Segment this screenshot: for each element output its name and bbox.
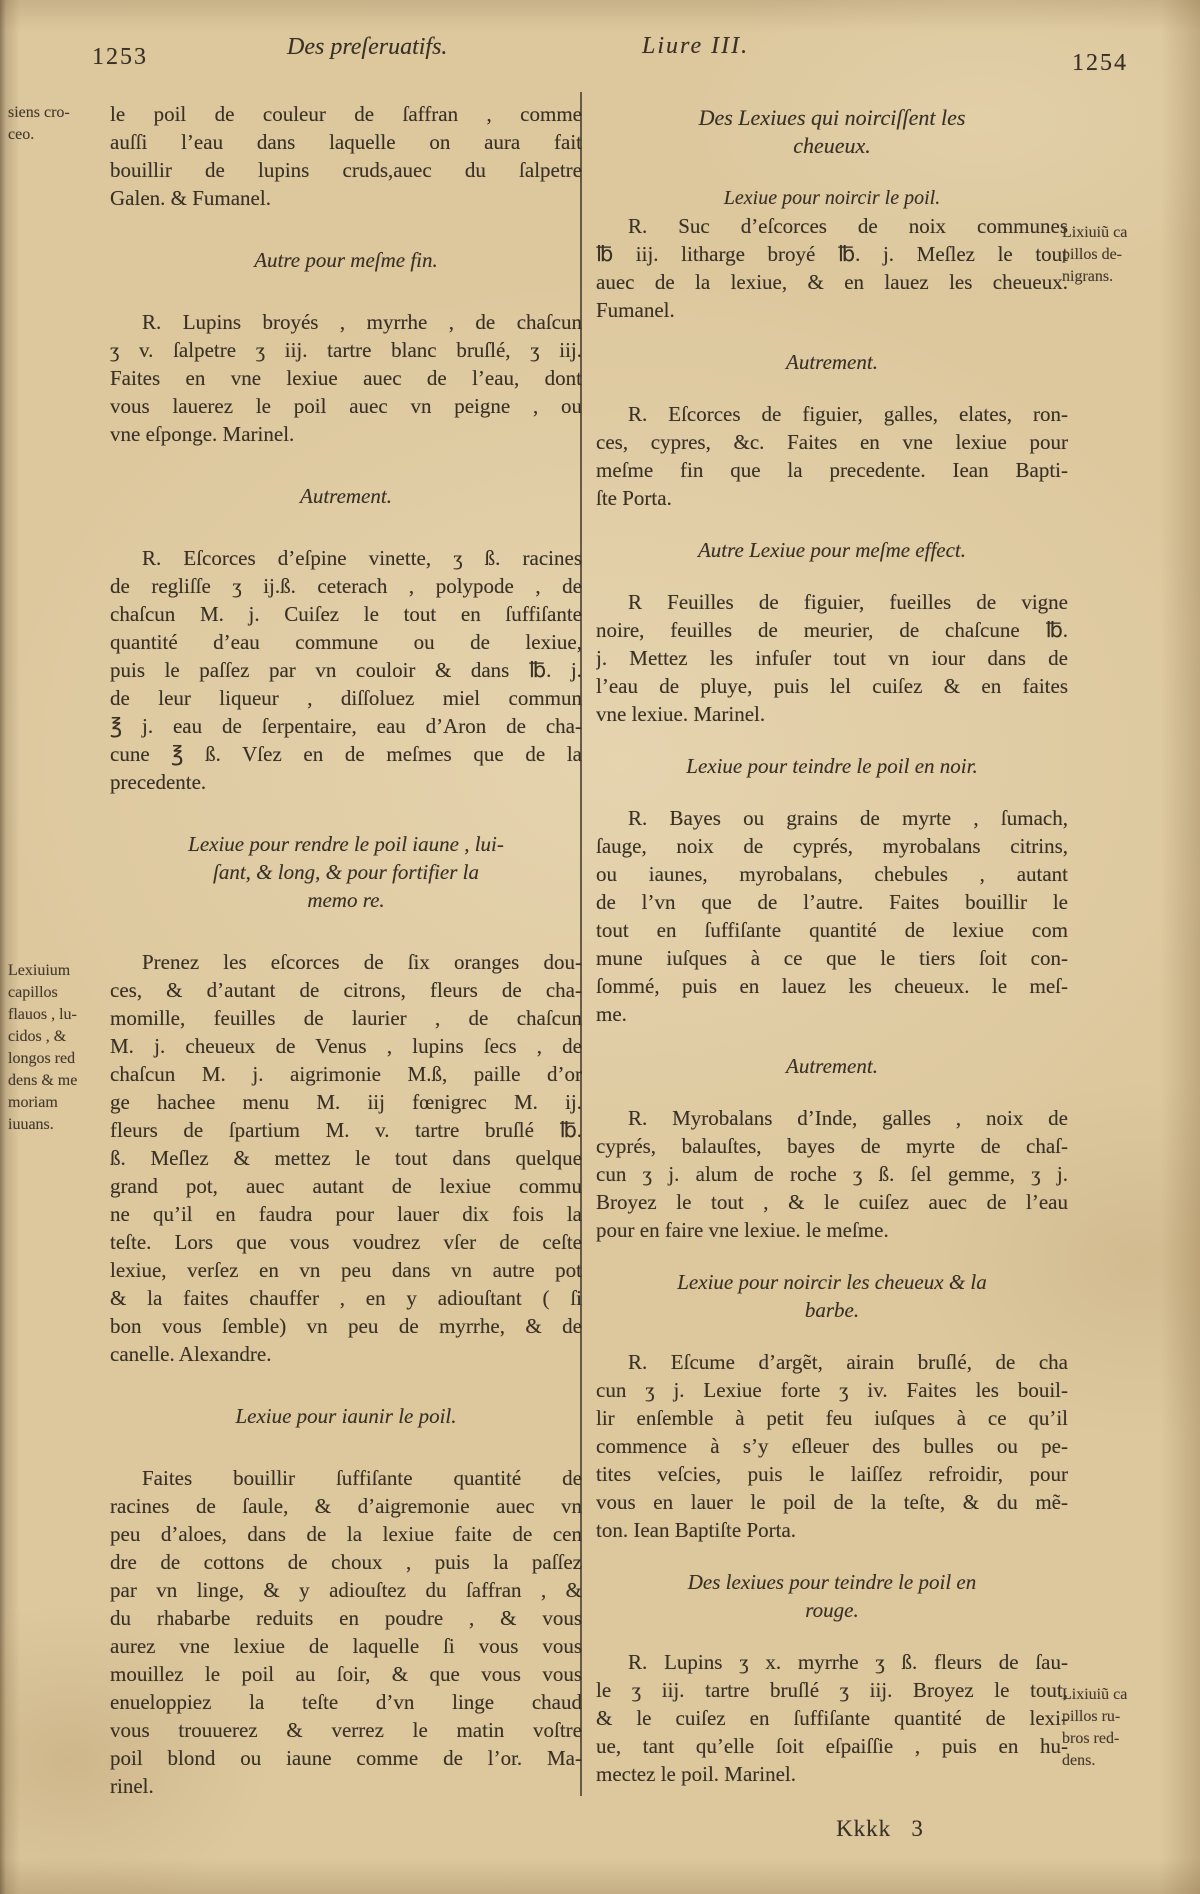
- text-line: ces, cypres, &c. Faites en vne lexiue po…: [596, 428, 1068, 456]
- text-line: ſte Porta.: [596, 484, 1068, 512]
- signature-mark: Kkkk 3: [596, 1816, 1116, 1842]
- paragraph: le poil de couleur de ſaffran , commeauſ…: [110, 100, 582, 212]
- text-line: puis le paſſez par vn couloir & dans ℔. …: [110, 656, 582, 684]
- text-line: chaſcun M. j. Cuiſez le tout en ſuffiſan…: [110, 600, 582, 628]
- text-line: ge hachee menu M. iij fœnigrec M. ij.: [110, 1088, 582, 1116]
- text-line: cune ℥ ß. Vſez en de meſmes que de la: [110, 740, 582, 768]
- text-line: Autre pour meſme fin.: [110, 246, 582, 274]
- paragraph: R Feuilles de figuier, fueilles de vigne…: [596, 588, 1068, 728]
- book-page: 1253 Des preſeruatifs. Liure III. 1254 l…: [0, 0, 1200, 1894]
- text-line: Galen. & Fumanel.: [110, 184, 582, 212]
- text-line: Autre Lexiue pour meſme effect.: [596, 536, 1068, 564]
- section-heading: Des Lexiues qui noirciſſent lescheueux.: [596, 104, 1068, 160]
- paragraph: R. Lupins broyés , myrrhe , de chaſcunʒ …: [110, 308, 582, 448]
- text-line: ʒ v. ſalpetre ʒ iij. tartre blanc bruſlé…: [110, 336, 582, 364]
- text-line: Des lexiues pour teindre le poil en: [596, 1568, 1068, 1596]
- text-line: Autrement.: [596, 1052, 1068, 1080]
- text-line: vne lexiue. Marinel.: [596, 700, 1068, 728]
- paragraph: R. Myrobalans d’Inde, galles , noix decy…: [596, 1104, 1068, 1244]
- text-line: Des Lexiues qui noirciſſent les: [596, 104, 1068, 132]
- section-heading: Lexiue pour iaunir le poil.: [110, 1402, 582, 1430]
- margin-note-right-bottom: Lixiuiũ ca pillos ru- bros red- dens.: [1062, 1684, 1192, 1772]
- text-line: & le cuiſez en ſuffiſante quantité de le…: [596, 1704, 1068, 1732]
- text-line: Lexiue pour noircir le poil.: [596, 184, 1068, 212]
- text-line: Lexiue pour rendre le poil iaune , lui-: [110, 830, 582, 858]
- text-line: commence à s’y eſleuer des bulles ou pe-: [596, 1432, 1068, 1460]
- text-line: R. Eſcorces d’eſpine vinette, ʒ ß. racin…: [110, 544, 582, 572]
- text-line: Broyez le tout , & le cuiſez auec de l’e…: [596, 1188, 1068, 1216]
- text-line: quantité d’eau commune ou de lexiue,: [110, 628, 582, 656]
- text-line: ß. Meſlez & mettez le tout dans quelque: [110, 1144, 582, 1172]
- text-line: vous trouuerez & verrez le matin voſtre: [110, 1716, 582, 1744]
- text-line: M. j. cheueux de Venus , lupins ſecs , d…: [110, 1032, 582, 1060]
- text-line: Fumanel.: [596, 296, 1068, 324]
- margin-note-left-top: siens cro- ceo.: [8, 102, 108, 146]
- text-line: ℥ j. eau de ſerpentaire, eau d’Aron de c…: [110, 712, 582, 740]
- text-line: ſauge, noix de cyprés, myrobalans citrin…: [596, 832, 1068, 860]
- text-line: racines de ſaule, & d’aigremonie auec vn: [110, 1492, 582, 1520]
- section-heading: Autre Lexiue pour meſme effect.: [596, 536, 1068, 564]
- text-line: vous en lauer le poil de la teſte, & du …: [596, 1488, 1068, 1516]
- text-line: ces, & d’autant de citrons, fleurs de ch…: [110, 976, 582, 1004]
- text-line: Autrement.: [110, 482, 582, 510]
- text-line: memo re.: [110, 886, 582, 914]
- book-title: Liure III.: [642, 33, 749, 60]
- text-line: pour en faire vne lexiue. le meſme.: [596, 1216, 1068, 1244]
- text-line: barbe.: [596, 1296, 1068, 1324]
- text-line: du rhabarbe reduits en poudre , & vous: [110, 1604, 582, 1632]
- margin-note-right-top: Lixiuiũ ca pillos de- nigrans.: [1062, 222, 1192, 288]
- text-line: mouillez le poil au ſoir, & que vous vou…: [110, 1660, 582, 1688]
- text-line: R. Lupins broyés , myrrhe , de chaſcun: [110, 308, 582, 336]
- text-line: j. Mettez les infuſer tout vn iour dans …: [596, 644, 1068, 672]
- text-line: cun ʒ j. alum de roche ʒ ß. ſel gemme, ʒ…: [596, 1160, 1068, 1188]
- text-line: Lexiue pour teindre le poil en noir.: [596, 752, 1068, 780]
- text-line: R. Suc d’eſcorces de noix communes: [596, 212, 1068, 240]
- section-heading: Autrement.: [596, 348, 1068, 376]
- paragraph: R. Bayes ou grains de myrte , ſumach,ſau…: [596, 804, 1068, 1028]
- text-line: me.: [596, 1000, 1068, 1028]
- text-line: R. Bayes ou grains de myrte , ſumach,: [596, 804, 1068, 832]
- text-line: R Feuilles de figuier, fueilles de vigne: [596, 588, 1068, 616]
- text-line: ne qu’il en faudra pour lauer dix fois l…: [110, 1200, 582, 1228]
- paragraph: R. Eſcorces de figuier, galles, elates, …: [596, 400, 1068, 512]
- text-line: ue, tant qu’elle ſoit eſpaiſſie , puis e…: [596, 1732, 1068, 1760]
- section-heading: Lexiue pour noircir le poil.: [596, 184, 1068, 212]
- text-line: Lexiue pour noircir les cheueux & la: [596, 1268, 1068, 1296]
- paragraph: R. Lupins ʒ x. myrrhe ʒ ß. fleurs de ſau…: [596, 1648, 1068, 1788]
- text-line: Prenez les eſcorces de ſix oranges dou-: [110, 948, 582, 976]
- text-line: de regliſſe ʒ ij.ß. ceterach , polypode …: [110, 572, 582, 600]
- text-line: auec de la lexiue, & en lauez les cheueu…: [596, 268, 1068, 296]
- paragraph: R. Eſcorces d’eſpine vinette, ʒ ß. racin…: [110, 544, 582, 796]
- text-line: momille, feuilles de laurier , de chaſcu…: [110, 1004, 582, 1032]
- text-line: de l’vn que de l’autre. Faites bouillir …: [596, 888, 1068, 916]
- text-line: cun ʒ j. Lexiue forte ʒ iv. Faites les b…: [596, 1376, 1068, 1404]
- text-line: l’eau de pluye, puis lel cuiſez & en fai…: [596, 672, 1068, 700]
- text-line: & la faites chauffer , en y adiouſtant (…: [110, 1284, 582, 1312]
- text-line: lexiue, verſez en vn peu dans vn autre p…: [110, 1256, 582, 1284]
- text-line: meſme fin que la precedente. Iean Bapti-: [596, 456, 1068, 484]
- text-line: Faites bouillir ſuffiſante quantité de: [110, 1464, 582, 1492]
- text-line: enueloppiez la teſte d’vn linge chaud: [110, 1688, 582, 1716]
- section-heading: Autrement.: [110, 482, 582, 510]
- text-line: vne eſponge. Marinel.: [110, 420, 582, 448]
- text-line: Faites en vne lexiue auec de l’eau, dont: [110, 364, 582, 392]
- text-line: grand pot, auec autant de lexiue commu: [110, 1172, 582, 1200]
- text-line: dre de cottons de choux , puis la paſſez: [110, 1548, 582, 1576]
- section-heading: Lexiue pour noircir les cheueux & labarb…: [596, 1268, 1068, 1324]
- section-heading: Lexiue pour rendre le poil iaune , lui-ſ…: [110, 830, 582, 914]
- text-line: ℔ iij. litharge broyé ℔. j. Meſlez le to…: [596, 240, 1068, 268]
- text-line: tout en ſuffiſante quantité de lexiue co…: [596, 916, 1068, 944]
- text-line: ſommé, puis en lauez les cheueux. le meſ…: [596, 972, 1068, 1000]
- text-line: le ʒ iij. tartre bruſlé ʒ iij. Broyez le…: [596, 1676, 1068, 1704]
- text-line: le poil de couleur de ſaffran , comme: [110, 100, 582, 128]
- text-line: aurez vne lexiue de laquelle ſi vous vou…: [110, 1632, 582, 1660]
- text-line: ton. Iean Baptiſte Porta.: [596, 1516, 1068, 1544]
- page-number-left: 1253: [92, 44, 148, 71]
- text-line: ou iaunes, myrobalans, chebules , autant: [596, 860, 1068, 888]
- text-line: de leur liqueur , diſſoluez miel commun: [110, 684, 582, 712]
- text-line: R. Myrobalans d’Inde, galles , noix de: [596, 1104, 1068, 1132]
- text-line: canelle. Alexandre.: [110, 1340, 582, 1368]
- margin-note-left-middle: Lexiuium capillos flauos , lu- cidos , &…: [8, 960, 108, 1136]
- text-line: R. Eſcorces de figuier, galles, elates, …: [596, 400, 1068, 428]
- text-line: precedente.: [110, 768, 582, 796]
- section-heading: Autrement.: [596, 1052, 1068, 1080]
- text-line: par vn linge, & y adiouſtez du ſaffran ,…: [110, 1576, 582, 1604]
- text-line: poil blond ou iaune comme de l’or. Ma-: [110, 1744, 582, 1772]
- text-line: noire, feuilles de meurier, de chaſcune …: [596, 616, 1068, 644]
- text-line: Lexiue pour iaunir le poil.: [110, 1402, 582, 1430]
- text-line: lir enſemble à petit feu iuſques à ce qu…: [596, 1404, 1068, 1432]
- column-left: le poil de couleur de ſaffran , commeauſ…: [110, 100, 582, 1800]
- text-line: R. Eſcume d’argẽt, airain bruſlé, de cha: [596, 1348, 1068, 1376]
- text-line: auſſi l’eau dans laquelle on aura fait: [110, 128, 582, 156]
- page-number-right: 1254: [1072, 50, 1128, 77]
- paragraph: Faites bouillir ſuffiſante quantité dera…: [110, 1464, 582, 1800]
- section-heading: Autre pour meſme fin.: [110, 246, 582, 274]
- text-line: rinel.: [110, 1772, 582, 1800]
- text-line: peu d’aloes, dans de la lexiue faite de …: [110, 1520, 582, 1548]
- text-line: tites veſcies, puis le laiſſez refroidir…: [596, 1460, 1068, 1488]
- text-line: bouillir de lupins cruds,auec du ſalpetr…: [110, 156, 582, 184]
- text-line: chaſcun M. j. aigrimonie M.ß, paille d’o…: [110, 1060, 582, 1088]
- text-line: mune iuſques à ce que le tiers ſoit con-: [596, 944, 1068, 972]
- text-line: cheueux.: [596, 132, 1068, 160]
- text-line: fleurs de ſpartium M. v. tartre bruſlé ℔…: [110, 1116, 582, 1144]
- paragraph: Prenez les eſcorces de ſix oranges dou-c…: [110, 948, 582, 1368]
- running-title: Des preſeruatifs.: [287, 34, 447, 61]
- section-heading: Lexiue pour teindre le poil en noir.: [596, 752, 1068, 780]
- text-line: bon vous ſemble) vn peu de myrrhe, & de: [110, 1312, 582, 1340]
- paragraph: R. Suc d’eſcorces de noix communes℔ iij.…: [596, 212, 1068, 324]
- text-line: mectez le poil. Marinel.: [596, 1760, 1068, 1788]
- text-line: teſte. Lors que vous voudrez vſer de ceſ…: [110, 1228, 582, 1256]
- text-line: cyprés, balauſtes, bayes de myrte de cha…: [596, 1132, 1068, 1160]
- section-heading: Des lexiues pour teindre le poil enrouge…: [596, 1568, 1068, 1624]
- text-line: Autrement.: [596, 348, 1068, 376]
- paragraph: R. Eſcume d’argẽt, airain bruſlé, de cha…: [596, 1348, 1068, 1544]
- text-line: rouge.: [596, 1596, 1068, 1624]
- column-right: Des Lexiues qui noirciſſent lescheueux.L…: [596, 80, 1068, 1788]
- text-line: ſant, & long, & pour fortifier la: [110, 858, 582, 886]
- text-line: R. Lupins ʒ x. myrrhe ʒ ß. fleurs de ſau…: [596, 1648, 1068, 1676]
- text-line: vous lauerez le poil auec vn peigne , ou: [110, 392, 582, 420]
